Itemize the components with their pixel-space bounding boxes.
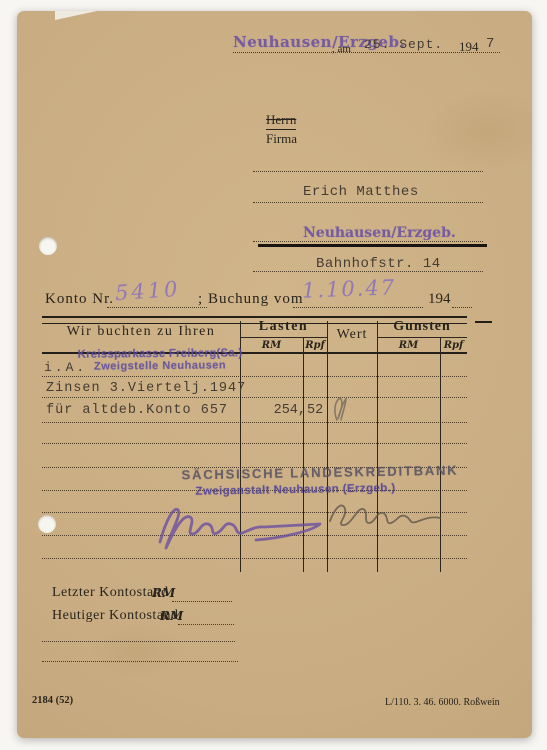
salutation-firma: Firma bbox=[266, 131, 297, 147]
konto-number-handwritten: 5410 bbox=[114, 277, 181, 306]
signature-right bbox=[325, 497, 447, 533]
subheader-gunsten-rpf: Rpf bbox=[440, 340, 467, 351]
konto-rule bbox=[107, 307, 207, 308]
buchung-rule bbox=[293, 307, 423, 308]
booking-text-line1: Zinsen 3.Viertelj.1947 bbox=[46, 381, 246, 396]
signature-left bbox=[152, 500, 337, 552]
col-header-gunsten: Gunsten bbox=[377, 319, 467, 335]
semicolon: ; bbox=[198, 291, 202, 308]
amount-rpf: 52 bbox=[307, 403, 323, 418]
row-rule-2 bbox=[42, 397, 467, 398]
form-number: 2184 (52) bbox=[32, 695, 73, 706]
recipient-street: Bahnhofstr. 14 bbox=[316, 256, 441, 272]
col-header-description: Wir buchten zu Ihren bbox=[42, 324, 240, 340]
row-rule-3 bbox=[42, 422, 467, 423]
address-rule-4 bbox=[253, 271, 483, 272]
address-rule-1 bbox=[253, 171, 483, 172]
punch-hole-bottom bbox=[38, 515, 56, 533]
col-header-wert: Wert bbox=[327, 327, 377, 343]
konto-label: Konto Nr. bbox=[45, 291, 114, 308]
row-rule-4 bbox=[42, 443, 467, 444]
today-balance-currency: RM bbox=[160, 609, 183, 623]
recipient-name: Erich Matthes bbox=[303, 184, 419, 200]
gunsten-underline bbox=[377, 337, 467, 338]
year-typed-digit: 7 bbox=[486, 36, 494, 52]
recipient-place-stamp: Neuhausen/Erzgeb. bbox=[303, 225, 456, 241]
margin-dash bbox=[475, 321, 492, 323]
amount-rm: 254, bbox=[250, 403, 306, 418]
paper-corner-fold bbox=[55, 11, 97, 20]
punch-hole-top bbox=[39, 237, 57, 255]
buchung-label: Buchung vom bbox=[208, 291, 304, 308]
print-code: L/110. 3. 46. 6000. Roßwein bbox=[385, 697, 500, 708]
extra-rule-1 bbox=[42, 641, 235, 642]
address-rule-3 bbox=[253, 241, 483, 242]
booking-text-line2: für altdeb.Konto 657 bbox=[46, 403, 228, 418]
row-rule-9 bbox=[42, 558, 467, 559]
dateline-rule bbox=[233, 52, 500, 53]
scanned-document: Neuhausen/Erzgeb. , am 25. Sept. 194 7 H… bbox=[0, 0, 547, 750]
last-balance-rule bbox=[172, 601, 232, 602]
subheader-lasten-rpf: Rpf bbox=[303, 340, 327, 351]
sparkasse-stamp-line2: Zweigstelle Neuhausen bbox=[70, 359, 250, 373]
year-rule bbox=[452, 307, 472, 308]
am-label: , am bbox=[332, 43, 351, 55]
lasten-underline bbox=[240, 337, 327, 338]
salutation-herrn: Herrn bbox=[266, 112, 296, 130]
extra-rule-2 bbox=[42, 661, 238, 662]
sparkasse-stamp: Kreissparkasse Freiberg(Sa.) Zweigstelle… bbox=[70, 347, 250, 373]
col-header-lasten: Lasten bbox=[240, 319, 327, 335]
typed-date: 25. Sept. bbox=[364, 37, 443, 52]
buchung-year-printed: 194 bbox=[428, 291, 451, 308]
today-balance-rule bbox=[178, 624, 234, 625]
row-rule-1 bbox=[42, 376, 467, 377]
buchung-date-handwritten: 1.10.47 bbox=[302, 275, 397, 302]
table-vline-5 bbox=[440, 337, 441, 572]
pencil-checkmark bbox=[328, 395, 350, 423]
address-rule-2 bbox=[253, 202, 483, 203]
address-heavy-rule bbox=[258, 244, 487, 247]
subheader-gunsten-rm: RM bbox=[377, 340, 440, 351]
last-balance-currency: RM bbox=[152, 586, 175, 600]
